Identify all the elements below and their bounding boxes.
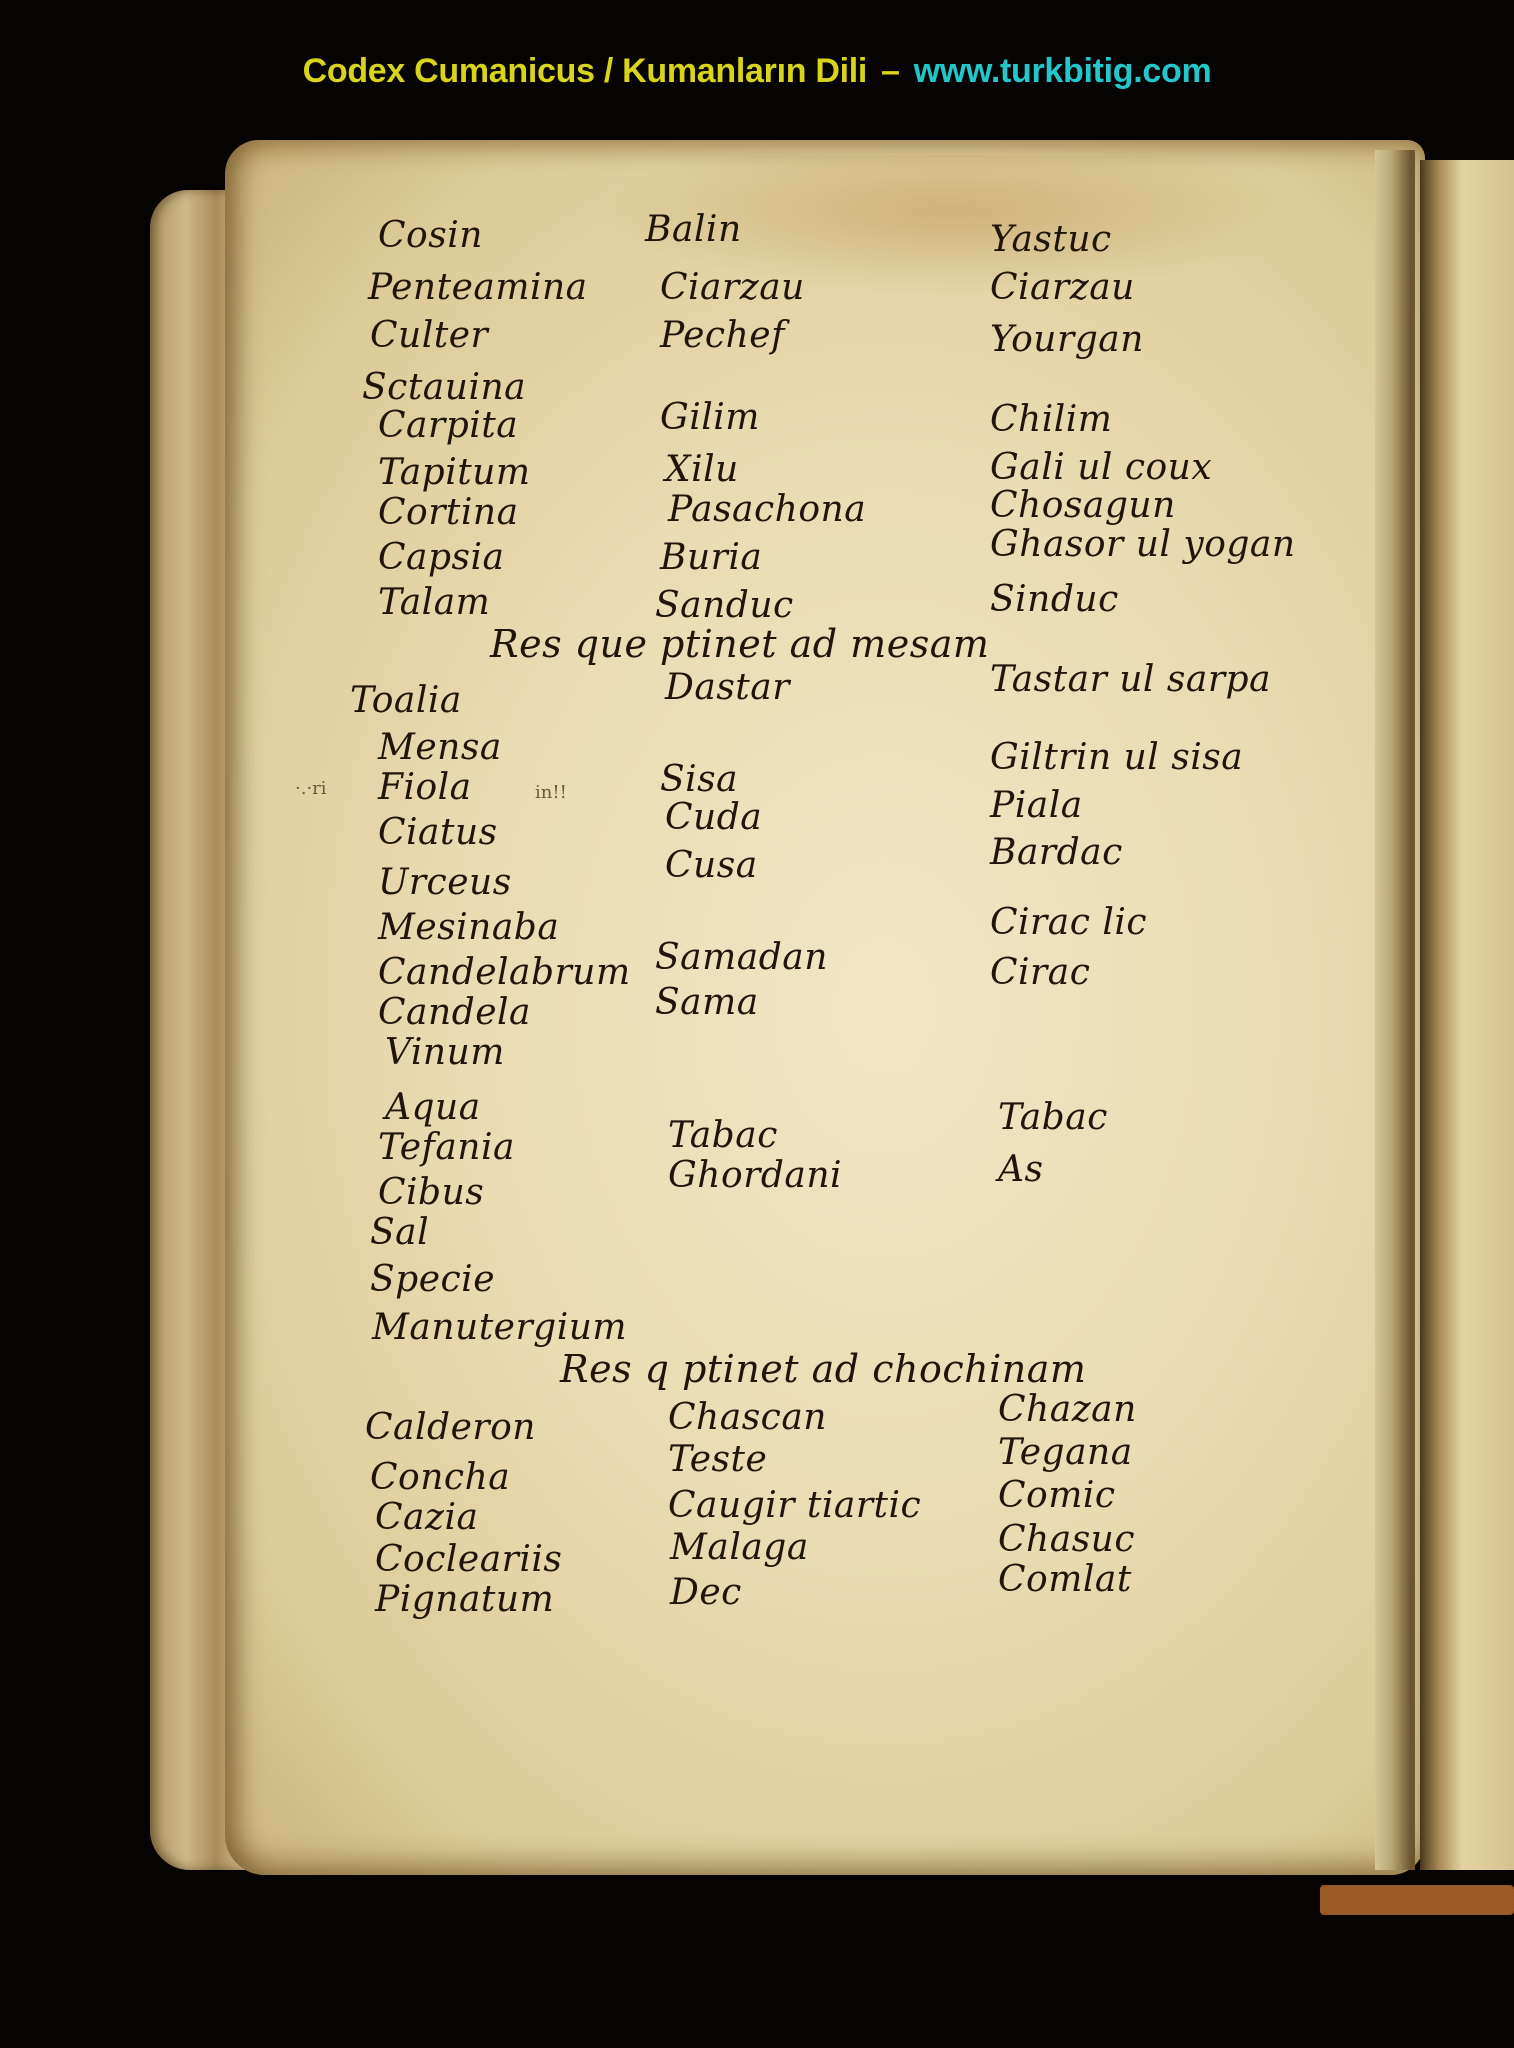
cuman-word: Sinduc	[990, 582, 1119, 618]
cuman-word: Chosagun	[990, 488, 1176, 524]
latin-word: Manutergium	[372, 1310, 627, 1346]
persian-word: Dastar	[665, 670, 790, 706]
cuman-word: Tastar ul sarpa	[990, 662, 1271, 698]
persian-word: Dec	[670, 1575, 742, 1611]
latin-word: Carpita	[378, 408, 518, 444]
latin-word: Cosin	[378, 218, 483, 254]
cuman-word: Cirac lic	[990, 905, 1147, 941]
cuman-word: Yourgan	[990, 322, 1144, 358]
latin-word: Candela	[378, 995, 531, 1031]
cuman-word: Chilim	[990, 402, 1112, 438]
latin-word: Concha	[370, 1460, 510, 1496]
cuman-word: Comlat	[998, 1562, 1132, 1598]
latin-word: Penteamina	[368, 270, 588, 306]
persian-word: Sanduc	[655, 588, 794, 624]
cuman-word: Comic	[998, 1478, 1116, 1514]
latin-word: Ciatus	[378, 815, 498, 851]
cuman-word: Chazan	[998, 1392, 1137, 1428]
latin-word: Culter	[370, 318, 488, 354]
cuman-word: Yastuc	[990, 222, 1112, 258]
latin-word: Candelabrum	[378, 955, 631, 991]
cuman-word: Tabac	[998, 1100, 1108, 1136]
latin-word: Fiola	[378, 770, 472, 806]
persian-word: Pechef	[660, 318, 785, 354]
latin-word: Sal	[370, 1215, 429, 1251]
persian-word: Pasachona	[668, 492, 866, 528]
latin-word: Tapitum	[378, 455, 531, 491]
latin-word: Pignatum	[375, 1582, 554, 1618]
cuman-word: Bardac	[990, 835, 1123, 871]
latin-word: Calderon	[365, 1410, 536, 1446]
latin-word: Vinum	[385, 1035, 505, 1071]
cuman-word: Ghasor ul yogan	[990, 527, 1296, 563]
cuman-word: As	[998, 1152, 1043, 1188]
latin-word: Cazia	[375, 1500, 478, 1536]
latin-word: Toalia	[350, 683, 462, 719]
latin-word: Sctauina	[362, 370, 526, 406]
persian-word: Balin	[645, 212, 742, 248]
latin-word: Mensa	[378, 730, 502, 766]
latin-word: Cortina	[378, 495, 519, 531]
persian-word: Ciarzau	[660, 270, 805, 306]
cuman-word: Cirac	[990, 955, 1090, 991]
persian-word: Caugir tiartic	[668, 1488, 921, 1524]
cuman-word: Gali ul coux	[990, 450, 1212, 486]
manuscript-text: Cosin Balin Yastuc Penteamina Ciarzau Ci…	[0, 0, 1514, 2048]
latin-word: Cibus	[378, 1175, 484, 1211]
latin-word: Urceus	[378, 865, 512, 901]
persian-word: Buria	[660, 540, 762, 576]
persian-word: Tabac	[668, 1118, 778, 1154]
section-heading-table: Res que ptinet ad mesam	[490, 625, 989, 663]
persian-word: Teste	[668, 1442, 767, 1478]
cuman-word: Tegana	[998, 1435, 1133, 1471]
latin-word: Aqua	[385, 1090, 481, 1126]
latin-word: Capsia	[378, 540, 505, 576]
persian-word: Cusa	[665, 848, 758, 884]
margin-note-right: in!!	[535, 782, 567, 803]
section-heading-kitchen: Res q ptinet ad chochinam	[560, 1350, 1086, 1388]
cuman-word: Ciarzau	[990, 270, 1135, 306]
persian-word: Xilu	[665, 452, 739, 488]
persian-word: Malaga	[670, 1530, 809, 1566]
persian-word: Chascan	[668, 1400, 827, 1436]
latin-word: Cocleariis	[375, 1542, 562, 1578]
latin-word: Specie	[370, 1262, 495, 1298]
persian-word: Samadan	[655, 940, 828, 976]
margin-note-left: ·.·ri	[295, 778, 327, 799]
persian-word: Cuda	[665, 800, 762, 836]
cuman-word: Chasuc	[998, 1522, 1135, 1558]
persian-word: Gilim	[660, 400, 760, 436]
cuman-word: Piala	[990, 788, 1083, 824]
persian-word: Ghordani	[668, 1158, 842, 1194]
latin-word: Tefania	[378, 1130, 515, 1166]
latin-word: Mesinaba	[378, 910, 559, 946]
latin-word: Talam	[378, 585, 490, 621]
persian-word: Sisa	[660, 762, 738, 798]
cuman-word: Giltrin ul sisa	[990, 740, 1243, 776]
persian-word: Sama	[655, 985, 759, 1021]
